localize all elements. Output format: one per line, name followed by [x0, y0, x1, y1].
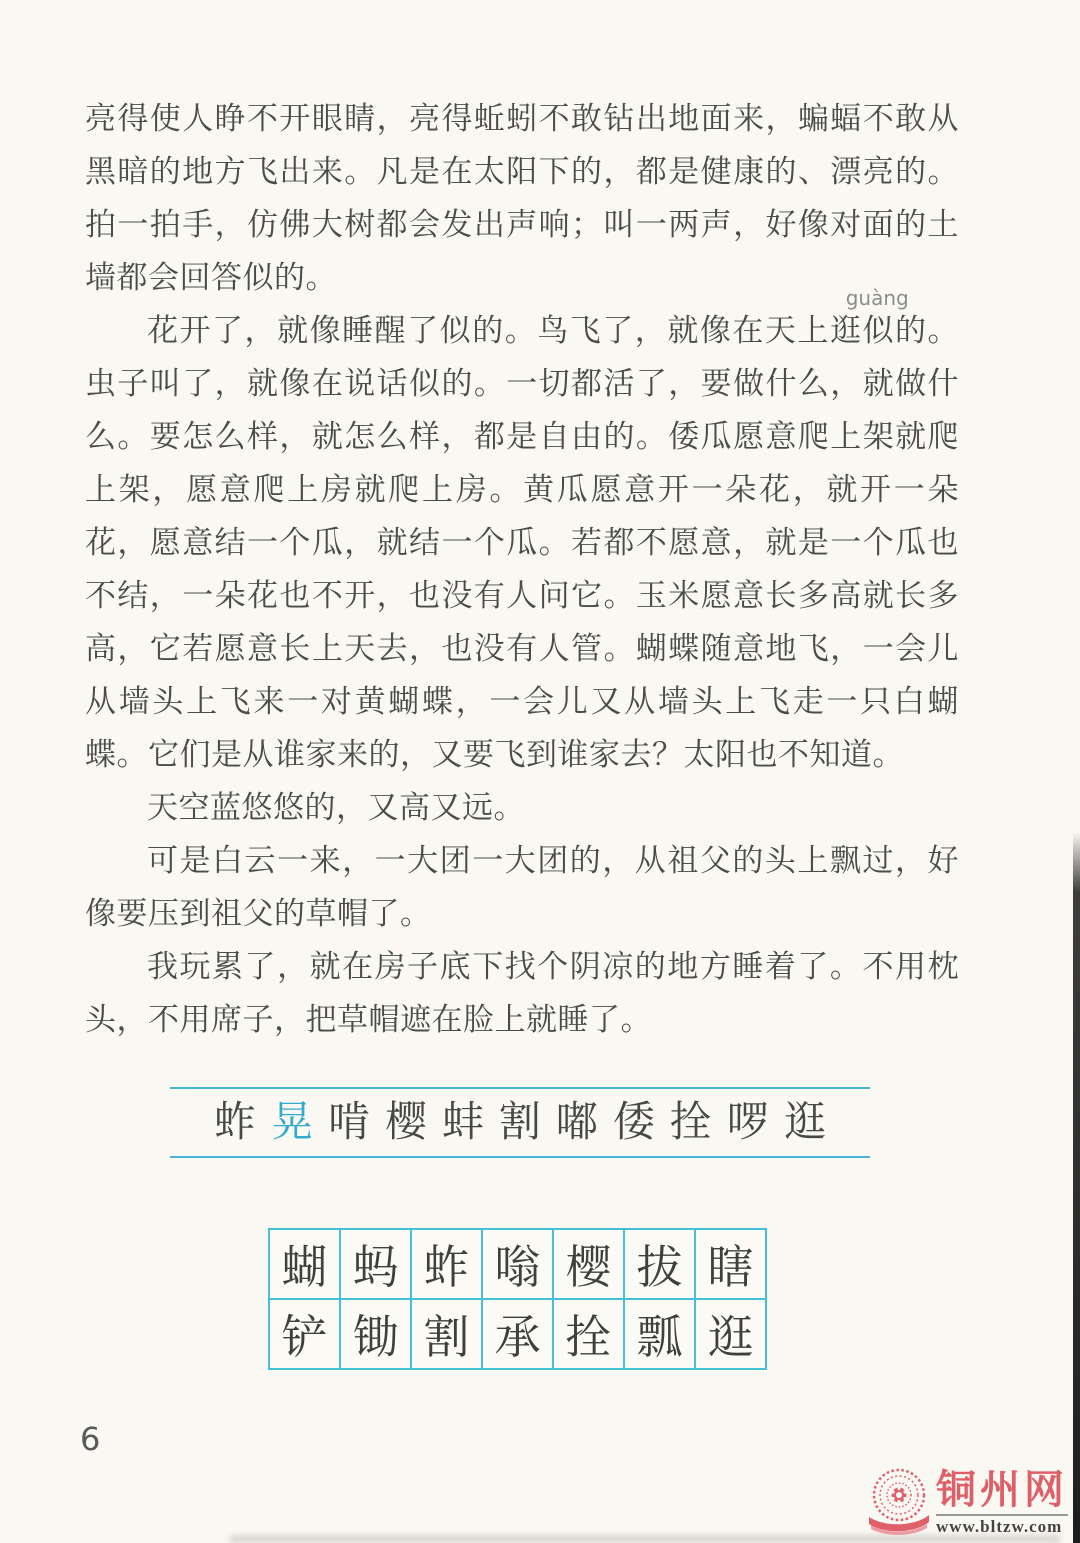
watermark-site-name: 铜州网 [936, 1468, 1068, 1512]
writing-character-cell: 蝴 [270, 1230, 341, 1300]
new-character: 晃 [271, 1102, 313, 1144]
page-number: 6 [80, 1420, 100, 1458]
new-characters-band: 蚱晃啃樱蚌割嘟倭拴啰逛 [170, 1087, 870, 1158]
new-character: 倭 [613, 1102, 655, 1144]
writing-character-cell: 樱 [554, 1230, 625, 1300]
writing-character-cell: 瓢 [625, 1300, 696, 1370]
writing-character-cell: 蚱 [412, 1230, 483, 1300]
new-character: 樱 [385, 1102, 427, 1144]
writing-character-cell: 蚂 [341, 1230, 412, 1300]
paragraph: 花开了，就像睡醒了似的。鸟飞了，就像在天上guàng逛似的。虫子叫了，就像在说话… [85, 304, 959, 781]
annotated-character-glyph: 逛 [830, 313, 863, 348]
pinyin-annotation: guàng [784, 288, 909, 308]
paragraph: 可是白云一来，一大团一大团的，从祖父的头上飘过，好像要压到祖父的草帽了。 [85, 834, 959, 940]
new-character: 蚌 [442, 1102, 484, 1144]
paragraph: 亮得使人睁不开眼睛，亮得蚯蚓不敢钻出地面来，蝙蝠不敢从黑暗的地方飞出来。凡是在太… [85, 92, 959, 304]
paragraph-text: 我玩累了，就在房子底下找个阴凉的地方睡着了。不用枕头，不用席子，把草帽遮在脸上就… [85, 949, 959, 1037]
new-character: 啰 [727, 1102, 769, 1144]
writing-character-cell: 逛 [696, 1300, 767, 1370]
watermark-site-url: www.bltzw.com [936, 1514, 1068, 1537]
writing-character-cell: 锄 [341, 1300, 412, 1370]
annotated-character: guàng逛 [830, 313, 863, 348]
writing-character-cell: 承 [483, 1300, 554, 1370]
new-character: 啃 [328, 1102, 370, 1144]
watermark-seal-ribbon-icon [868, 1467, 930, 1537]
scan-edge-shadow [1073, 832, 1080, 1543]
paragraph: 天空蓝悠悠的，又高又远。 [85, 781, 959, 834]
writing-character-cell: 铲 [270, 1300, 341, 1370]
writing-character-cell: 瞎 [696, 1230, 767, 1300]
writing-character-cell: 拴 [554, 1300, 625, 1370]
paragraph-text: 花开了，就像睡醒了似的。鸟飞了，就像在天上 [147, 313, 830, 348]
new-character: 逛 [784, 1102, 826, 1144]
paragraph-text: 亮得使人睁不开眼睛，亮得蚯蚓不敢钻出地面来，蝙蝠不敢从黑暗的地方飞出来。凡是在太… [85, 101, 959, 295]
paragraph: 我玩累了，就在房子底下找个阴凉的地方睡着了。不用枕头，不用席子，把草帽遮在脸上就… [85, 940, 959, 1046]
writing-character-cell: 拔 [625, 1230, 696, 1300]
scan-bottom-smudge [230, 1535, 1060, 1543]
paragraph-text: 天空蓝悠悠的，又高又远。 [147, 790, 525, 825]
watermark: 铜州网 www.bltzw.com [868, 1467, 1068, 1537]
watermark-text: 铜州网 www.bltzw.com [936, 1468, 1068, 1537]
lesson-text: 亮得使人睁不开眼睛，亮得蚯蚓不敢钻出地面来，蝙蝠不敢从黑暗的地方飞出来。凡是在太… [85, 92, 959, 1046]
writing-character-cell: 嗡 [483, 1230, 554, 1300]
new-characters-list: 蚱晃啃樱蚌割嘟倭拴啰逛 [170, 1102, 870, 1144]
new-character: 拴 [670, 1102, 712, 1144]
new-character: 蚱 [214, 1102, 256, 1144]
paragraph-text: 可是白云一来，一大团一大团的，从祖父的头上飘过，好像要压到祖父的草帽了。 [85, 843, 959, 931]
new-character: 割 [499, 1102, 541, 1144]
paragraph-text: 似的。虫子叫了，就像在说话似的。一切都活了，要做什么，就做什么。要怎么样，就怎么… [85, 313, 959, 772]
writing-character-cell: 割 [412, 1300, 483, 1370]
writing-characters-grid: 蝴蚂蚱嗡樱拔瞎铲锄割承拴瓢逛 [268, 1228, 767, 1370]
new-character: 嘟 [556, 1102, 598, 1144]
textbook-page: 亮得使人睁不开眼睛，亮得蚯蚓不敢钻出地面来，蝙蝠不敢从黑暗的地方飞出来。凡是在太… [0, 0, 1080, 1543]
